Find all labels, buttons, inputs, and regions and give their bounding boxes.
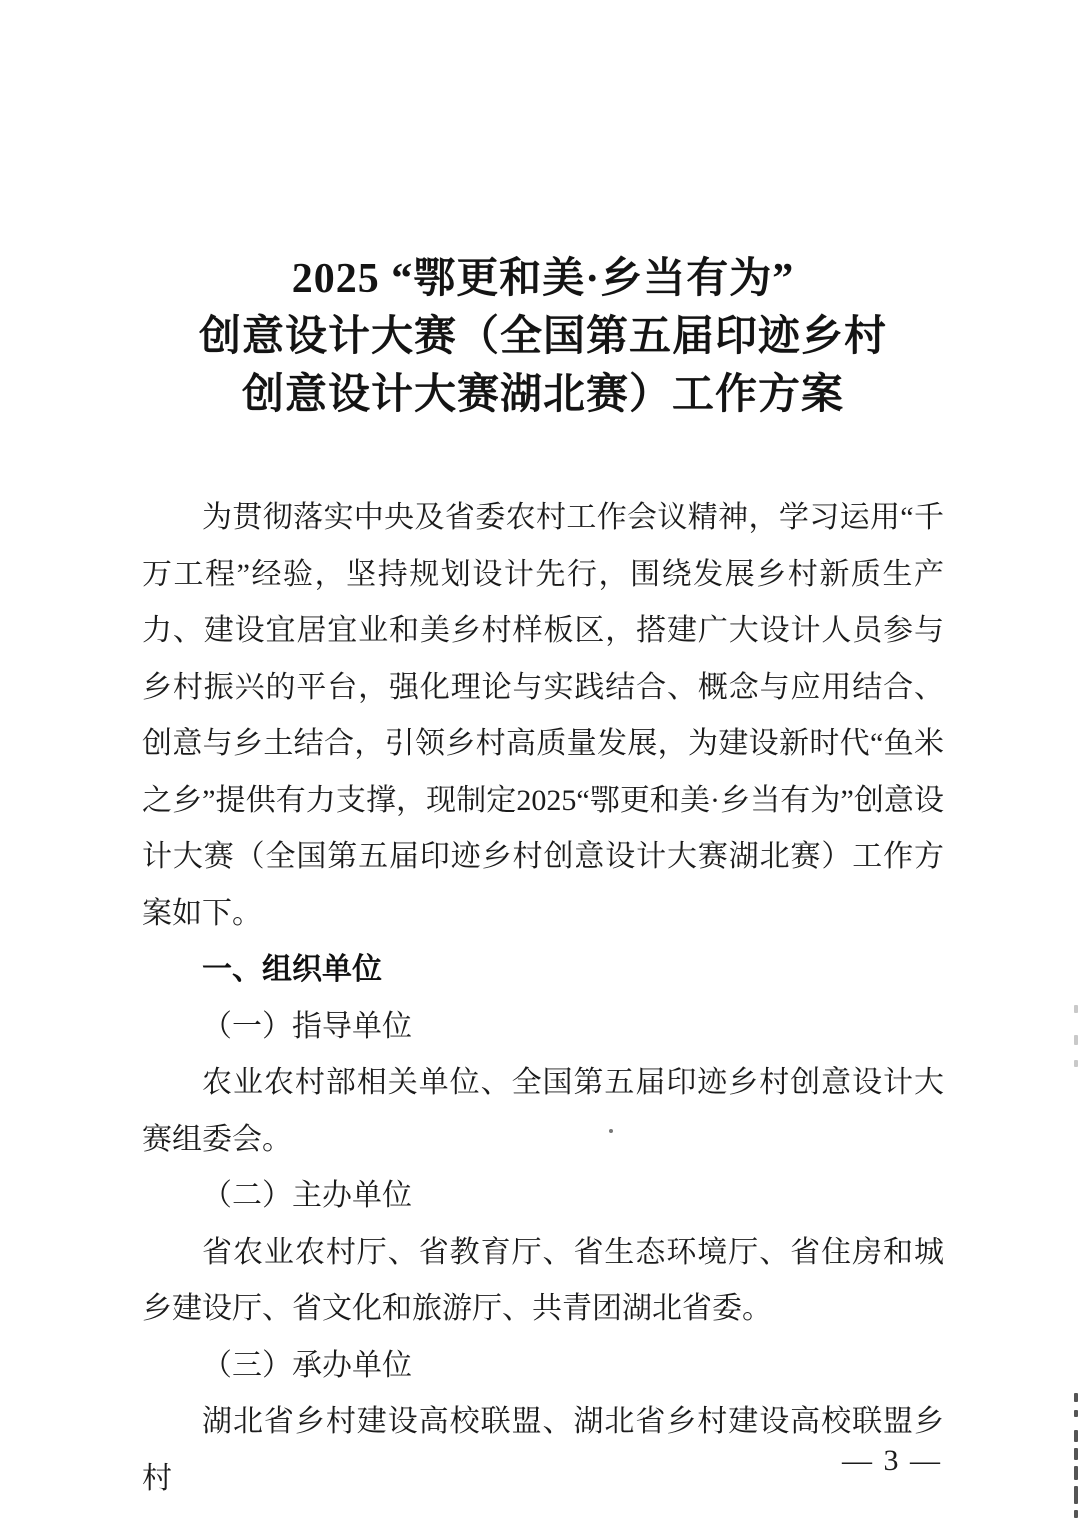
scan-artifact-mark bbox=[1074, 1448, 1078, 1460]
guidance-units-paragraph: 农业农村部相关单位、全国第五届印迹乡村创意设计大赛组委会。 bbox=[142, 1055, 944, 1168]
scan-artifact-mark bbox=[1074, 1510, 1078, 1518]
intro-paragraph: 为贯彻落实中央及省委农村工作会议精神，学习运用“千万工程”经验，坚持规划设计先行… bbox=[142, 490, 944, 942]
document-page: 2025 “鄂更和美·乡当有为” 创意设计大赛（全国第五届印迹乡村 创意设计大赛… bbox=[0, 0, 1080, 1528]
document-title-line-1: 2025 “鄂更和美·乡当有为” bbox=[142, 250, 944, 308]
host-units-paragraph: 省农业农村厅、省教育厅、省生态环境厅、省住房和城乡建设厅、省文化和旅游厅、共青团… bbox=[142, 1225, 944, 1338]
subheading-guidance-units: （一）指导单位 bbox=[142, 999, 944, 1056]
section-heading-organizing-units: 一、组织单位 bbox=[142, 942, 944, 999]
page-number: — 3 — bbox=[842, 1444, 942, 1478]
scan-artifact-mark bbox=[1074, 1466, 1078, 1480]
scan-artifact-mark bbox=[1074, 1486, 1078, 1504]
scan-artifact-mark bbox=[1074, 1060, 1078, 1067]
organizer-units-paragraph: 湖北省乡村建设高校联盟、湖北省乡村建设高校联盟乡村 bbox=[142, 1394, 944, 1507]
document-title: 2025 “鄂更和美·乡当有为” 创意设计大赛（全国第五届印迹乡村 创意设计大赛… bbox=[142, 250, 944, 424]
document-title-line-2: 创意设计大赛（全国第五届印迹乡村 bbox=[142, 308, 944, 366]
subheading-organizer-units: （三）承办单位 bbox=[142, 1338, 944, 1395]
scan-artifact-mark bbox=[1074, 1035, 1078, 1045]
scan-speck bbox=[609, 1129, 613, 1133]
scan-artifact-mark bbox=[1074, 1410, 1078, 1417]
document-title-line-3: 创意设计大赛湖北赛）工作方案 bbox=[142, 366, 944, 424]
document-content: 2025 “鄂更和美·乡当有为” 创意设计大赛（全国第五届印迹乡村 创意设计大赛… bbox=[142, 0, 944, 1507]
document-body: 为贯彻落实中央及省委农村工作会议精神，学习运用“千万工程”经验，坚持规划设计先行… bbox=[142, 490, 944, 1507]
scan-artifact-mark bbox=[1074, 1430, 1078, 1442]
subheading-host-units: （二）主办单位 bbox=[142, 1168, 944, 1225]
scan-artifact-mark bbox=[1074, 1005, 1078, 1013]
scan-artifacts bbox=[1070, 0, 1080, 1528]
scan-artifact-mark bbox=[1074, 1393, 1078, 1402]
